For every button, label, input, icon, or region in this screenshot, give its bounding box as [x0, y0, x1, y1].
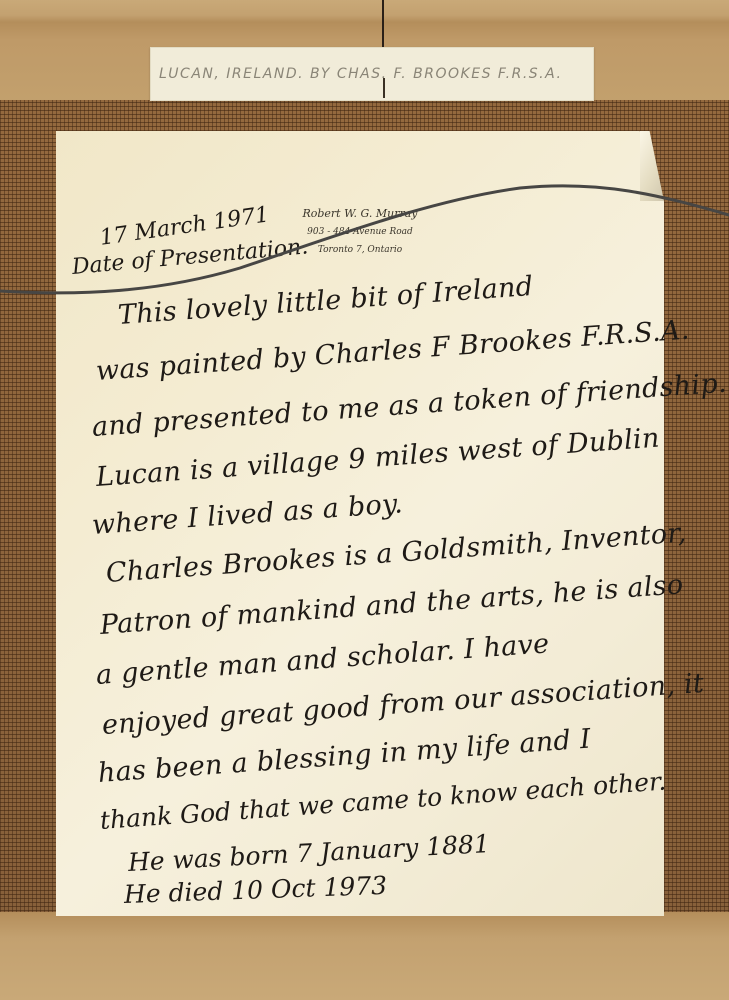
title-label-text: LUCAN, IRELAND. BY CHAS. F. BROOKES F.R.…: [159, 66, 562, 82]
frame-bottom-kraft-paper: [0, 912, 729, 1000]
title-label-strip: LUCAN, IRELAND. BY CHAS. F. BROOKES F.R.…: [150, 47, 594, 101]
letterhead: Robert W. G. Murray 903 - 484 Avenue Roa…: [290, 205, 430, 259]
letterhead-name: Robert W. G. Murray: [290, 205, 430, 223]
letterhead-address-line2: Toronto 7, Ontario: [290, 241, 430, 259]
letterhead-address-line1: 903 - 484 Avenue Road: [290, 223, 430, 241]
frame-paper-crack: [382, 0, 384, 48]
label-crack: [383, 78, 385, 98]
